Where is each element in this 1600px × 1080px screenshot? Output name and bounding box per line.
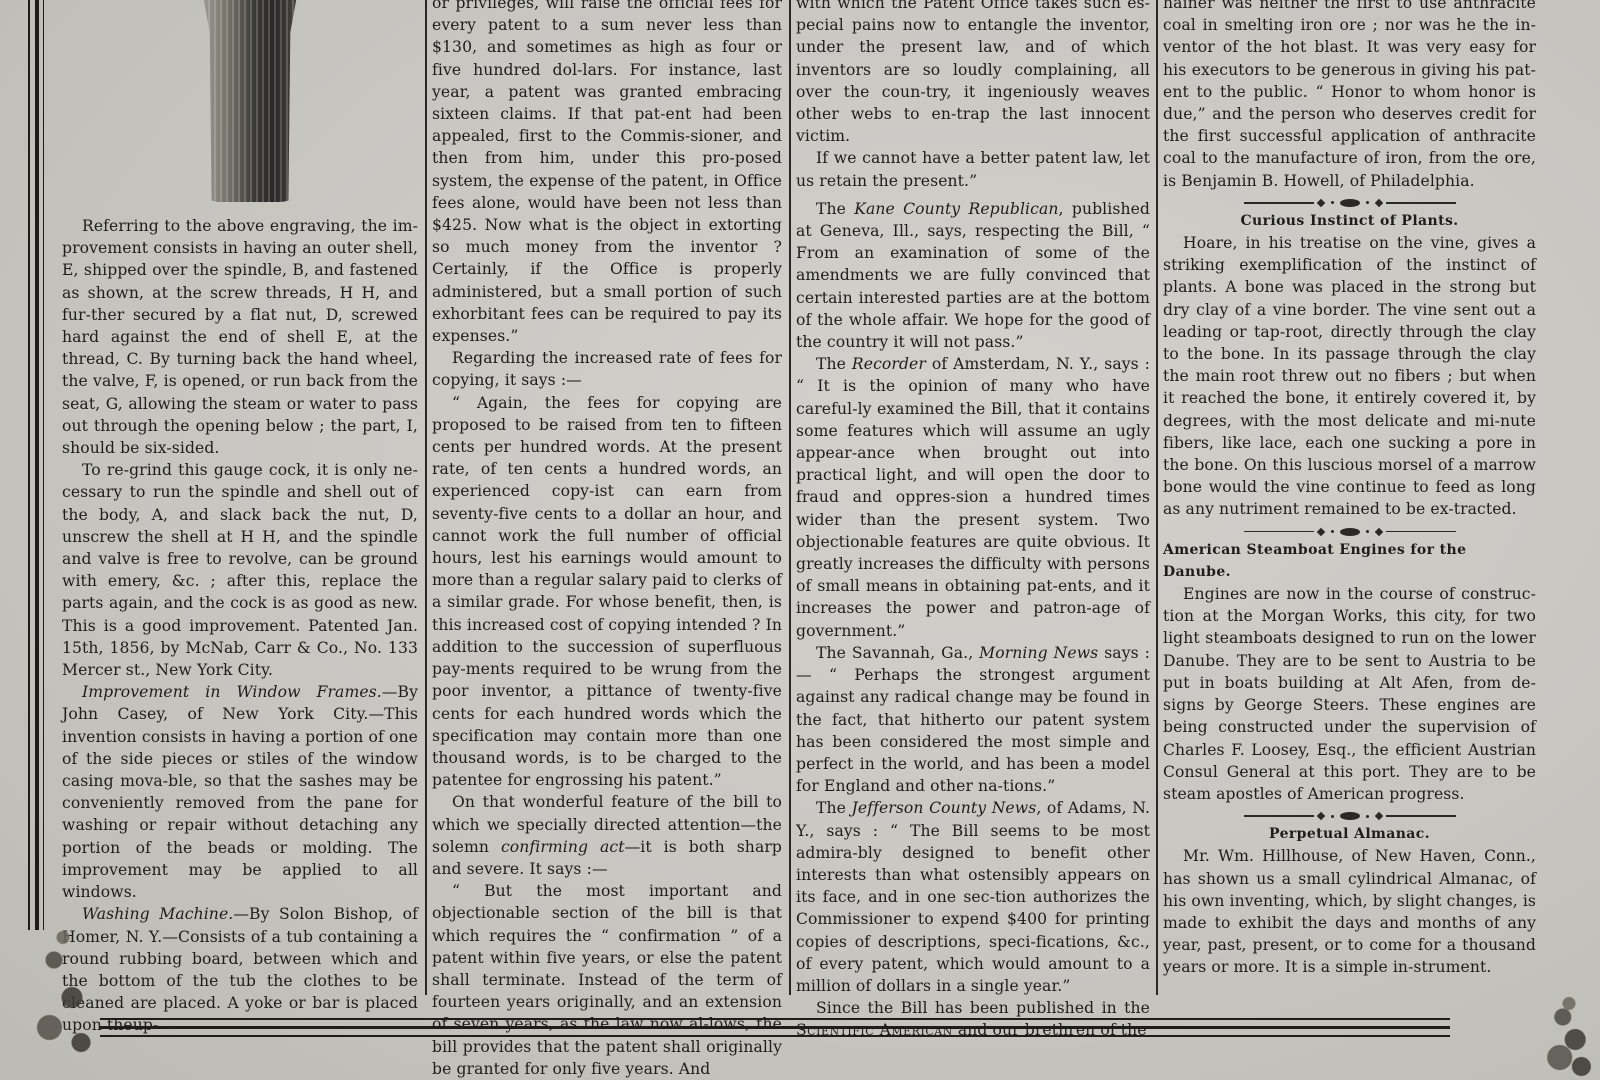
column-3: with which the Patent Office takes such … (796, 0, 1150, 992)
floral-corner-ornament-icon (1538, 990, 1600, 1080)
column-divider (425, 0, 427, 995)
text: , published at Geneva, Ill., says, respe… (796, 200, 1150, 351)
savannah-paragraph: The Savannah, Ga., Morning News says :— … (796, 642, 1150, 797)
section-divider-ornament (1163, 525, 1536, 539)
column-2: or privileges, will raise the official f… (432, 0, 782, 992)
paragraph: with which the Patent Office takes such … (796, 0, 1150, 147)
article-heading: Perpetual Almanac. (1163, 823, 1536, 845)
paragraph: “ Again, the fees for copying are propos… (432, 392, 782, 792)
publication-name: Recorder (852, 355, 926, 373)
item-text: —By John Casey, of New York City.—This i… (62, 683, 418, 901)
gauge-cock-engraving (62, 0, 418, 215)
section-divider-ornament (1163, 809, 1536, 823)
confirming-act-paragraph: On that wonderful feature of the bill to… (432, 791, 782, 880)
item-title: Improvement in Window Frames. (82, 683, 382, 701)
column-divider (1156, 0, 1158, 995)
recorder-paragraph: The Recorder of Amsterdam, N. Y., says :… (796, 353, 1150, 642)
paragraph: Regarding the increased rate of fees for… (432, 347, 782, 391)
kane-county-paragraph: The Kane County Republican, published at… (796, 198, 1150, 353)
article-text: Hoare, in his treatise on the vine, give… (1163, 232, 1536, 521)
column-1: Referring to the above engraving, the im… (62, 0, 418, 1000)
paragraph: or privileges, will raise the official f… (432, 0, 782, 347)
article-heading: American Steamboat Engines for the Danub… (1163, 539, 1536, 583)
valve-illustration-icon (202, 0, 298, 202)
text: The (816, 799, 852, 817)
window-frames-item: Improvement in Window Frames.—By John Ca… (62, 681, 418, 903)
publication-name: Morning News (979, 644, 1098, 662)
left-border-rules (28, 0, 48, 930)
paragraph: “ But the most important and objectionab… (432, 880, 782, 1080)
text: The Savannah, Ga., (816, 644, 979, 662)
publication-name: Jefferson County News (852, 799, 1037, 817)
paragraph: If we cannot have a better patent law, l… (796, 147, 1150, 191)
text: says :— “ Perhaps the strongest argument… (796, 644, 1150, 795)
jefferson-paragraph: The Jefferson County News, of Adams, N. … (796, 797, 1150, 997)
footer-border-rules (100, 1014, 1450, 1044)
text: The (816, 200, 854, 218)
column-divider (789, 0, 791, 995)
floral-corner-ornament-icon (18, 915, 108, 1065)
text: of Amsterdam, N. Y., says : “ It is the … (796, 355, 1150, 639)
paragraph: hainer was neither the first to use anth… (1163, 0, 1536, 192)
newspaper-page: Referring to the above engraving, the im… (0, 0, 1600, 1080)
paragraph: To re-grind this gauge cock, it is only … (62, 459, 418, 681)
article-heading: Curious Instinct of Plants. (1163, 210, 1536, 232)
publication-name: Kane County Republican (854, 200, 1058, 218)
column-4: hainer was neither the first to use anth… (1163, 0, 1536, 992)
text: , of Adams, N. Y., says : “ The Bill see… (796, 799, 1150, 995)
article-text: Engines are now in the course of constru… (1163, 583, 1536, 805)
section-divider-ornament (1163, 196, 1536, 210)
italic-text: confirming act (501, 838, 625, 856)
paragraph: Referring to the above engraving, the im… (62, 215, 418, 459)
article-text: Mr. Wm. Hillhouse, of New Haven, Conn., … (1163, 845, 1536, 978)
text: The (816, 355, 852, 373)
